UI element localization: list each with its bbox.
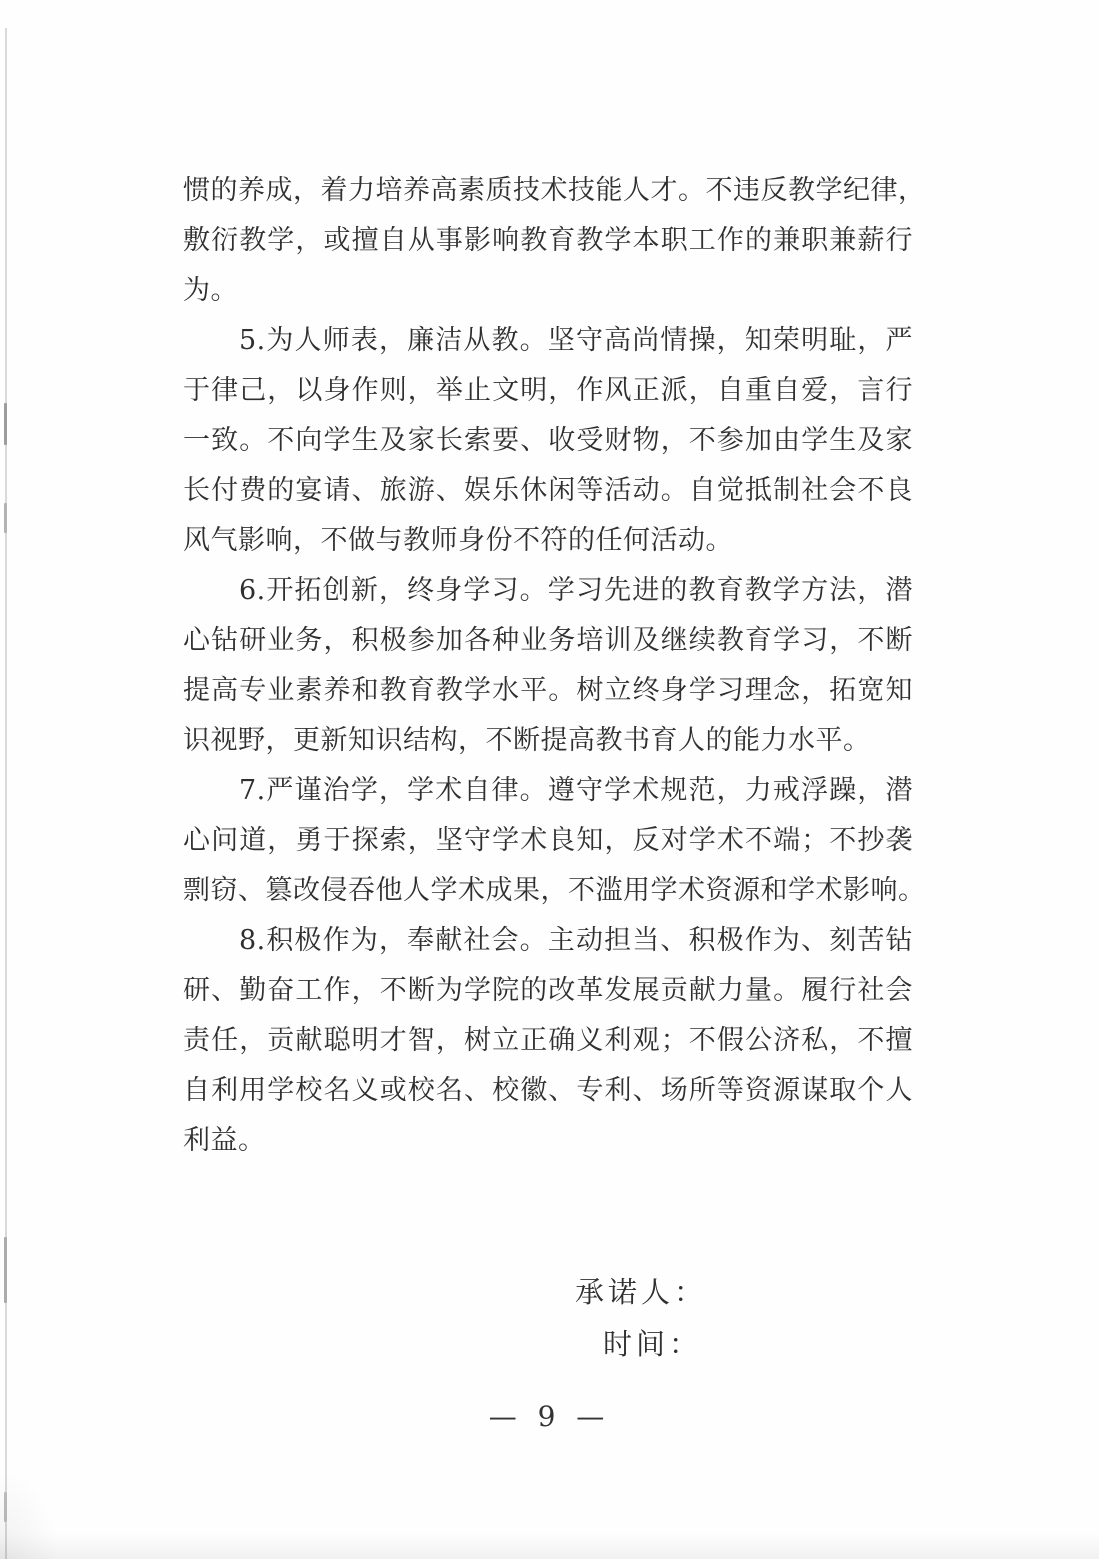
- scan-edge-line: [5, 28, 7, 1559]
- text-line: 惯的养成，着力培养高素质技术技能人才。不违反教学纪律，: [183, 166, 913, 216]
- scan-edge-mark: [4, 1492, 7, 1522]
- document-page: 惯的养成，着力培养高素质技术技能人才。不违反教学纪律，敷衍教学，或擅自从事影响教…: [0, 0, 1099, 1559]
- date-label: 时间：: [603, 1318, 707, 1370]
- scan-edge-mark: [4, 503, 7, 533]
- text-line: 一致。不向学生及家长索要、收受财物，不参加由学生及家: [183, 416, 913, 466]
- text-line: 敷衍教学，或擅自从事影响教育教学本职工作的兼职兼薪行: [183, 216, 913, 266]
- page-number: — 9 —: [0, 1400, 1099, 1433]
- text-line: 心问道，勇于探索，坚守学术良知，反对学术不端；不抄袭: [183, 816, 913, 866]
- text-line: 剽窃、篡改侵吞他人学术成果，不滥用学术资源和学术影响。: [183, 866, 913, 916]
- text-line: 风气影响，不做与教师身份不符的任何活动。: [183, 516, 913, 566]
- text-line: 7.严谨治学，学术自律。遵守学术规范，力戒浮躁，潜: [183, 766, 913, 816]
- signature-block: 承诺人： 时间：: [575, 1266, 707, 1370]
- text-line: 利益。: [183, 1116, 913, 1166]
- scan-corner-smudge: [0, 1469, 60, 1559]
- text-line: 于律己，以身作则，举止文明，作风正派，自重自爱，言行: [183, 366, 913, 416]
- text-line: 8.积极作为，奉献社会。主动担当、积极作为、刻苦钻: [183, 916, 913, 966]
- text-line: 识视野，更新知识结构，不断提高教书育人的能力水平。: [183, 716, 913, 766]
- document-body: 惯的养成，着力培养高素质技术技能人才。不违反教学纪律，敷衍教学，或擅自从事影响教…: [183, 166, 913, 1166]
- text-line: 研、勤奋工作，不断为学院的改革发展贡献力量。履行社会: [183, 966, 913, 1016]
- scan-edge-mark: [4, 1237, 7, 1303]
- promisor-label: 承诺人：: [575, 1266, 707, 1318]
- scan-edge-mark: [4, 403, 7, 445]
- text-line: 提高专业素养和教育教学水平。树立终身学习理念，拓宽知: [183, 666, 913, 716]
- text-line: 心钻研业务，积极参加各种业务培训及继续教育学习，不断: [183, 616, 913, 666]
- text-line: 5.为人师表，廉洁从教。坚守高尚情操，知荣明耻，严: [183, 316, 913, 366]
- text-line: 为。: [183, 266, 913, 316]
- text-line: 6.开拓创新，终身学习。学习先进的教育教学方法，潜: [183, 566, 913, 616]
- text-line: 自利用学校名义或校名、校徽、专利、场所等资源谋取个人: [183, 1066, 913, 1116]
- text-line: 长付费的宴请、旅游、娱乐休闲等活动。自觉抵制社会不良: [183, 466, 913, 516]
- text-line: 责任，贡献聪明才智，树立正确义利观；不假公济私，不擅: [183, 1016, 913, 1066]
